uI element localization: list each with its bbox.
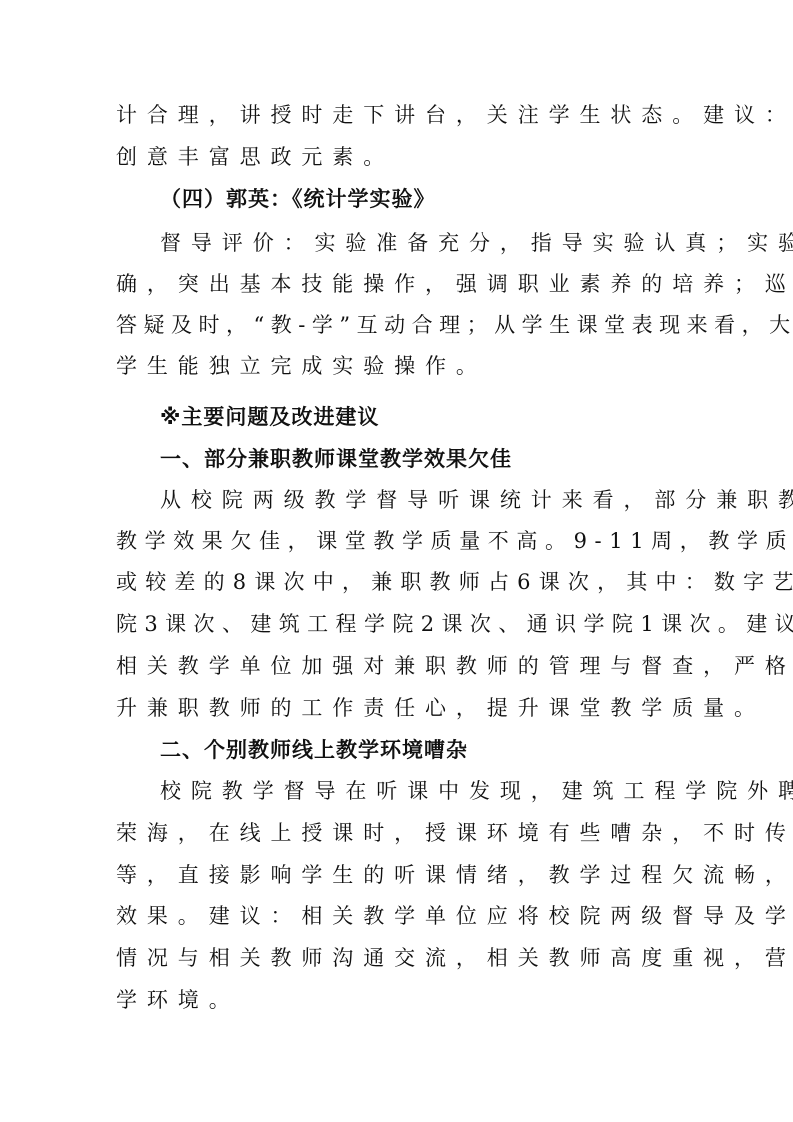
paragraph-line: 荣海，在线上授课时，授课环境有些嘈杂，不时传出说笑声 [116,819,793,847]
paragraph-line: 答疑及时，“教-学”互动合理；从学生课堂表现来看，大部分 [116,311,793,339]
paragraph-line: 等，直接影响学生的听课情绪，教学过程欠流畅，影响教学 [116,861,793,889]
subheading-issue-1: 一、部分兼职教师课堂教学效果欠佳 [160,445,512,473]
paragraph-line: 或较差的8课次中，兼职教师占6课次，其中：数字艺术学 [116,568,793,596]
paragraph-line: 院3课次、建筑工程学院2课次、通识学院1课次。建议： [116,610,793,638]
paragraph-line: 教学效果欠佳，课堂教学质量不高。9-11周，教学质量一般 [116,527,793,555]
paragraph-line: 效果。建议：相关教学单位应将校院两级督导及学生反馈的 [116,902,793,930]
paragraph-line: 创意丰富思政元素。 [116,143,394,171]
paragraph-line: 从校院两级教学督导听课统计来看，部分兼职教师课堂 [160,486,793,514]
section-heading-main-issues: ※主要问题及改进建议 [160,403,379,431]
paragraph-line: 相关教学单位加强对兼职教师的管理与督查，严格要求，提 [116,652,793,680]
paragraph-line: 督导评价：实验准备充分，指导实验认真；实验目的明 [160,229,793,257]
paragraph-line: 学环境。 [116,986,240,1014]
paragraph-line: 升兼职教师的工作责任心，提升课堂教学质量。 [116,694,765,722]
subheading-issue-2: 二、个别教师线上教学环境嘈杂 [160,736,468,764]
paragraph-line: 确，突出基本技能操作，强调职业素养的培养；巡回指导， [116,270,793,298]
subheading-guo-ying: （四）郭英：《统计学实验》 [160,185,436,213]
paragraph-line: 计合理，讲授时走下讲台，关注学生状态。建议：结合广告 [116,101,793,129]
paragraph-line: 学生能独立完成实验操作。 [116,352,487,380]
paragraph-line: 校院教学督导在听课中发现，建筑工程学院外聘教师苗 [160,777,793,805]
paragraph-line: 情况与相关教师沟通交流，相关教师高度重视，营造好的教 [116,944,793,972]
